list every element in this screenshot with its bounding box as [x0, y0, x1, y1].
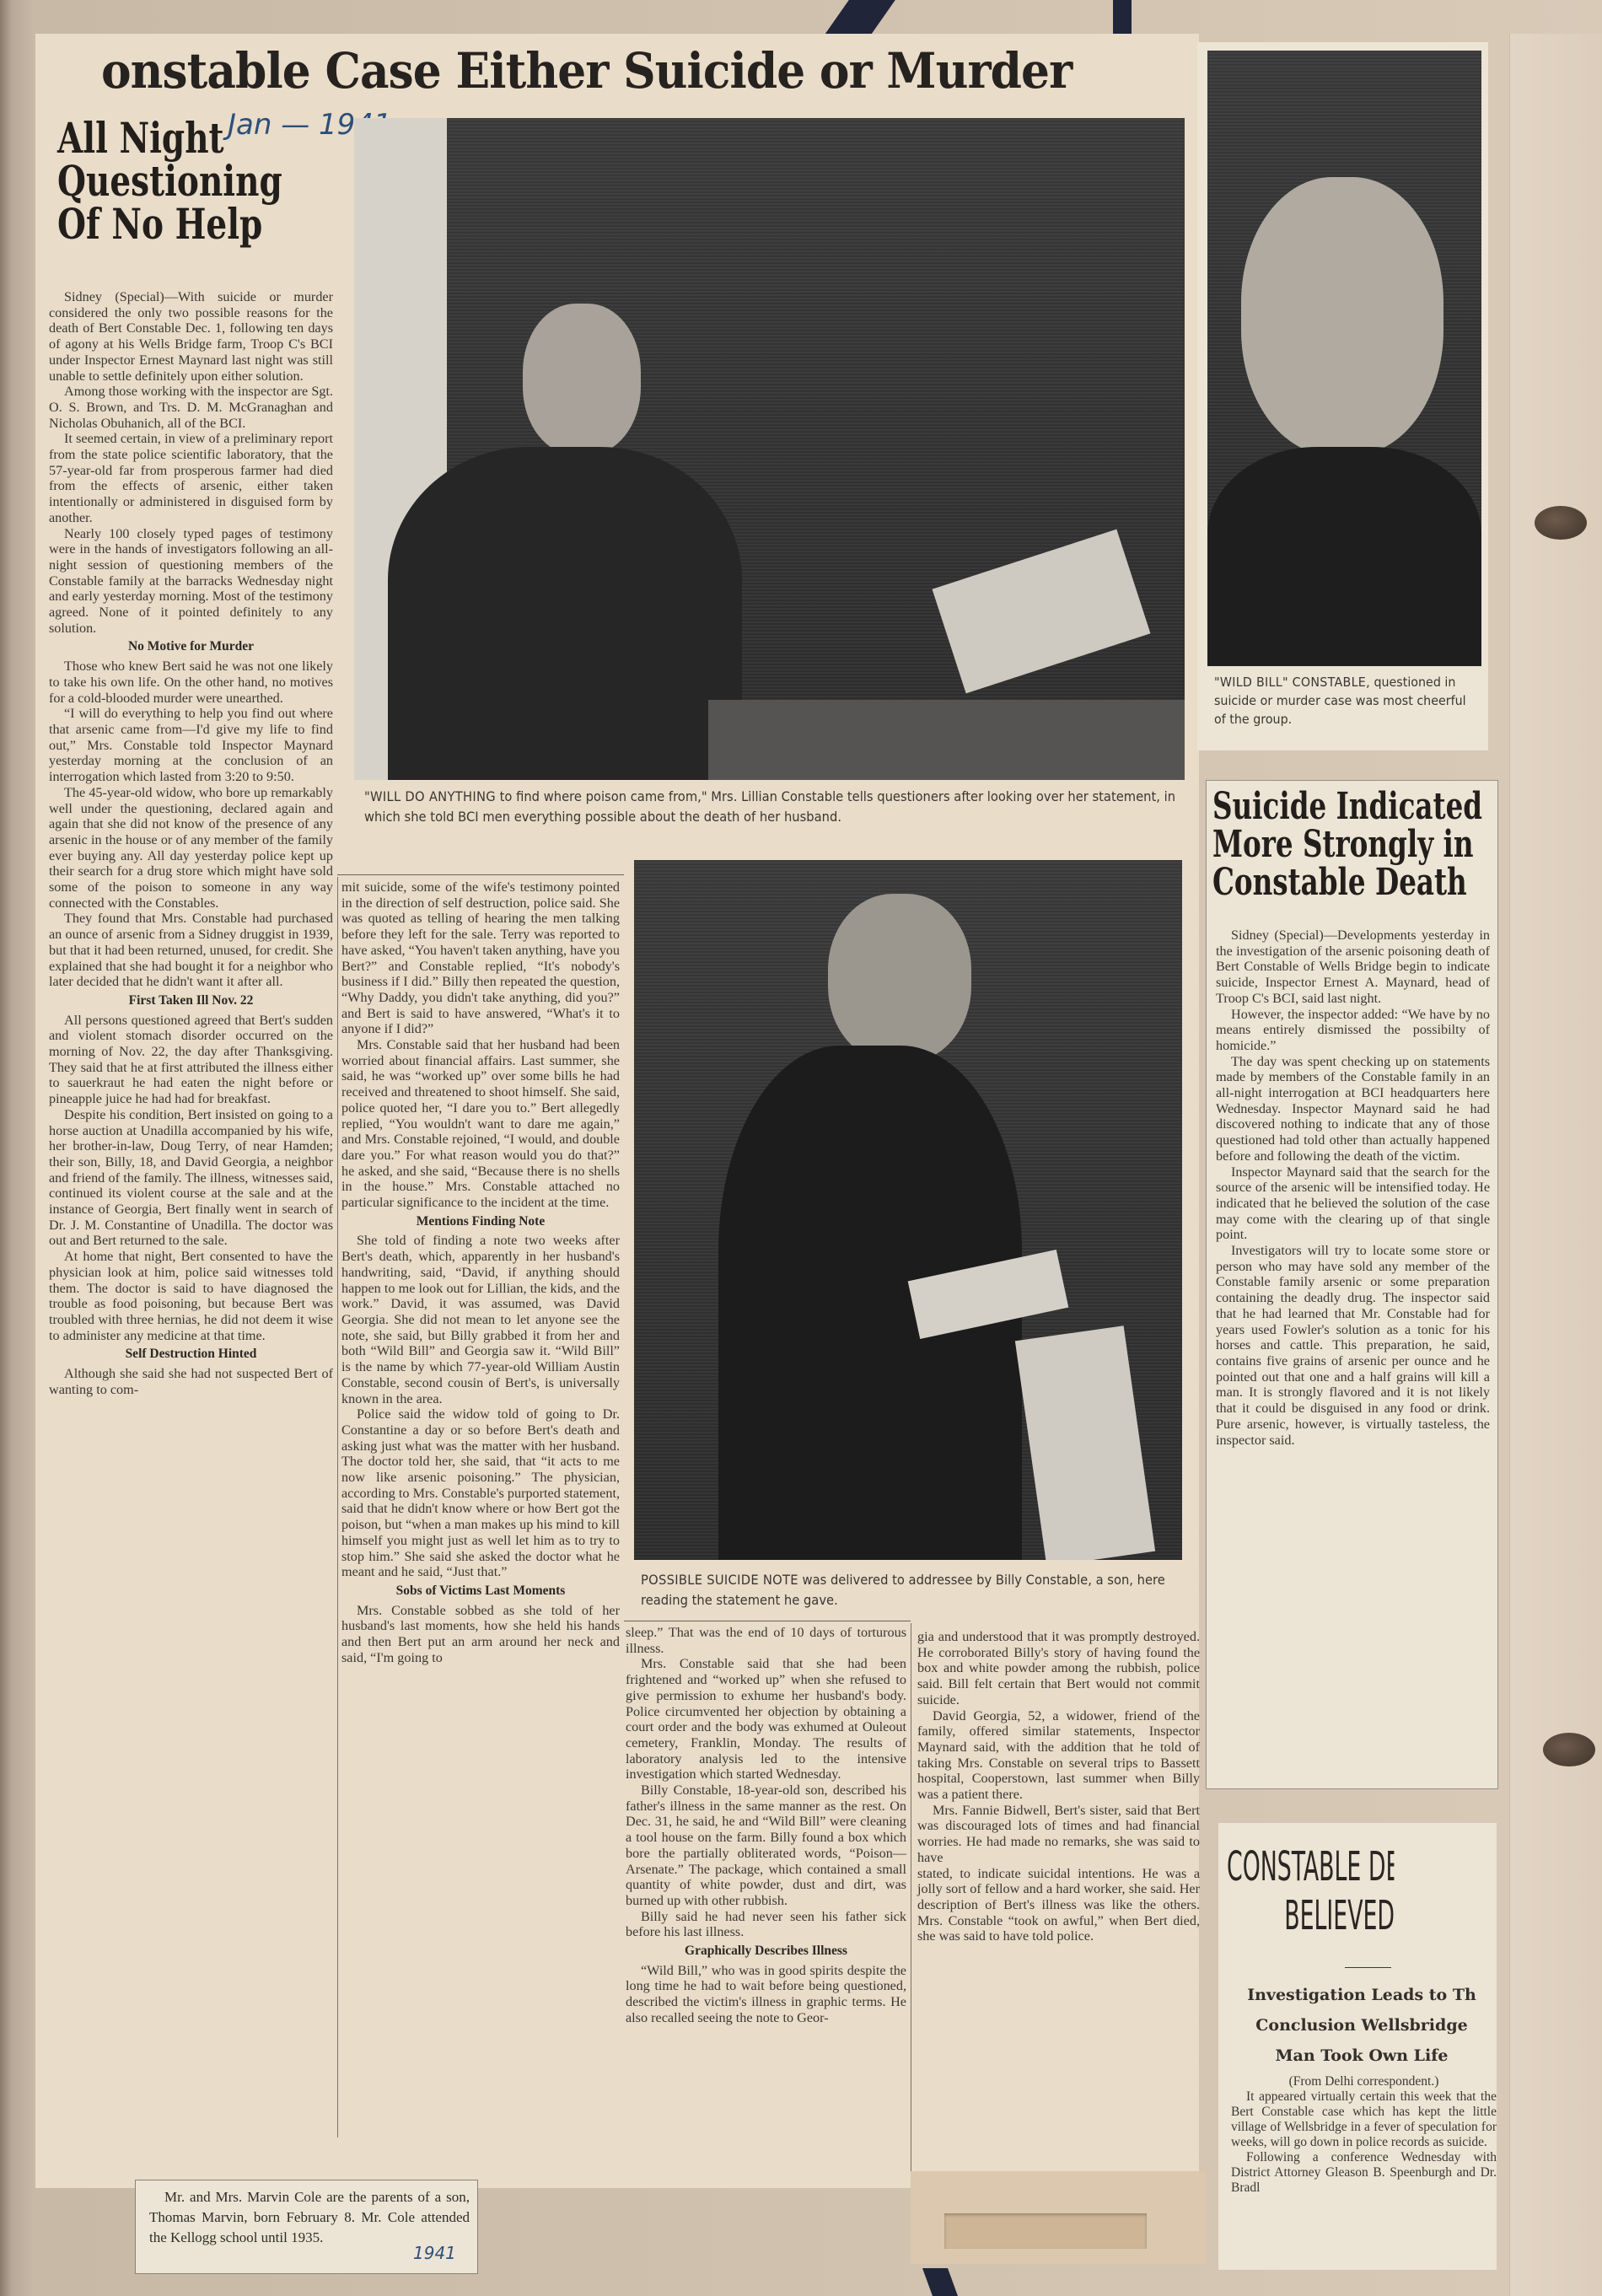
paragraph: Those who knew Bert said he was not one … — [49, 659, 333, 706]
believed-suicide-body: (From Delhi correspondent.) It appeared … — [1231, 2074, 1497, 2196]
caption-lead: "WILL DO ANYTHING — [364, 788, 496, 804]
paragraph: Police said the widow told of going to D… — [341, 1406, 620, 1580]
article-column-4: gia and understood that it was promptly … — [917, 1629, 1200, 1944]
paragraph: “Wild Bill,” who was in good spirits des… — [626, 1963, 906, 2026]
dateline: (From Delhi correspondent.) — [1231, 2074, 1497, 2089]
article-column-2: mit suicide, some of the wife's testimon… — [341, 879, 620, 1665]
caption-lead: "WILD BILL" CONSTABLE, — [1214, 675, 1370, 690]
column-rule — [337, 877, 338, 2137]
paragraph: Mrs. Fannie Bidwell, Bert's sister, said… — [917, 1803, 1200, 1866]
subhead-no-motive: No Motive for Murder — [49, 639, 333, 655]
paragraph: Nearly 100 closely typed pages of testim… — [49, 526, 333, 637]
paragraph: However, the inspector added: “We have b… — [1216, 1007, 1490, 1054]
paragraph: She told of finding a note two weeks aft… — [341, 1233, 620, 1406]
paragraph: It seemed certain, in view of a prelimin… — [49, 431, 333, 525]
photo-son-caption: POSSIBLE SUICIDE NOTE was delivered to a… — [641, 1570, 1184, 1610]
paragraph: Mrs. Constable said that she had been fr… — [626, 1656, 906, 1782]
subhead-finding-note: Mentions Finding Note — [341, 1214, 620, 1230]
left-headline-line-2: Questioning — [57, 159, 282, 202]
paragraph: It appeared virtually certain this week … — [1231, 2089, 1497, 2150]
photo-table — [708, 700, 1185, 780]
headline-divider — [1345, 1967, 1391, 1968]
paragraph: Billy Constable, 18-year-old son, descri… — [626, 1782, 906, 1909]
photo-coat-man — [1207, 447, 1481, 666]
photo-widow-caption: "WILL DO ANYTHING to find where poison c… — [364, 787, 1179, 827]
photo-face-woman — [523, 304, 641, 455]
paragraph: All persons questioned agreed that Bert'… — [49, 1013, 333, 1107]
paragraph: Sidney (Special)—With suicide or murder … — [49, 289, 333, 384]
paragraph: Following a conference Wednesday with Di… — [1231, 2150, 1497, 2196]
believed-suicide-headline: CONSTABLE DEATH BELIEVED SUICID — [1227, 1842, 1394, 1940]
banner-headline: onstable Case Either Suicide or Murder — [101, 42, 1102, 110]
photo-wildbill-caption: "WILD BILL" CONSTABLE, questioned in sui… — [1214, 673, 1478, 729]
suicide-indicated-body: Sidney (Special)—Developments yesterday … — [1216, 928, 1490, 1448]
deck-line: Conclusion Wellsbridge — [1227, 2010, 1497, 2041]
paragraph: Inspector Maynard said that the search f… — [1216, 1164, 1490, 1244]
photo-billy-constable — [634, 860, 1182, 1560]
photo-face-man — [1241, 177, 1443, 455]
paragraph: Mrs. Constable said that her husband had… — [341, 1037, 620, 1211]
page-edge-binding — [1509, 34, 1602, 2296]
paragraph: Investigators will try to locate some st… — [1216, 1243, 1490, 1448]
paragraph: Despite his condition, Bert insisted on … — [49, 1107, 333, 1249]
paragraph: Among those working with the inspector a… — [49, 384, 333, 431]
paragraph: Mrs. Constable sobbed as she told of her… — [341, 1603, 620, 1666]
paragraph: Sidney (Special)—Developments yesterday … — [1216, 928, 1490, 1007]
paragraph: stated, to indicate suicidal intentions.… — [917, 1866, 1200, 1945]
photo-face-son — [828, 894, 971, 1062]
deck-line: Man Took Own Life — [1227, 2041, 1497, 2071]
column-top-rule — [624, 1621, 911, 1621]
paragraph: At home that night, Bert consented to ha… — [49, 1249, 333, 1343]
paragraph: Billy said he had never seen his father … — [626, 1909, 906, 1940]
subhead-self-destruction: Self Destruction Hinted — [49, 1347, 333, 1363]
paragraph: The day was spent checking up on stateme… — [1216, 1054, 1490, 1164]
headline-line: More Strongly in — [1212, 826, 1482, 864]
photo-wild-bill-constable — [1207, 51, 1481, 666]
photo-dress-woman — [388, 447, 742, 780]
paragraph: mit suicide, some of the wife's testimon… — [341, 879, 620, 1037]
headline-line: Suicide Indicated — [1212, 788, 1482, 826]
punch-hole-bottom — [1543, 1733, 1595, 1766]
headline-line: Constable Death — [1212, 864, 1482, 902]
column-rule — [911, 1623, 911, 2247]
handwritten-year: 1941 — [413, 2243, 456, 2263]
subhead-first-ill: First Taken Ill Nov. 22 — [49, 993, 333, 1009]
paragraph: They found that Mrs. Constable had purch… — [49, 911, 333, 990]
punch-hole-top — [1535, 506, 1587, 540]
headline-line: BELIEVED SUICID — [1227, 1891, 1394, 1940]
headline-line: CONSTABLE DEATH — [1227, 1842, 1394, 1891]
photo-statement-sheet — [1015, 1325, 1155, 1560]
paragraph: David Georgia, 52, a widower, friend of … — [917, 1708, 1200, 1803]
birth-notice-text: Mr. and Mrs. Marvin Cole are the parents… — [149, 2187, 470, 2248]
column-top-rule — [337, 874, 624, 875]
left-headline-line-3: Of No Help — [57, 202, 282, 245]
photo-statement-papers — [933, 530, 1151, 694]
paragraph: gia and understood that it was promptly … — [917, 1629, 1200, 1708]
caption-lead: POSSIBLE SUICIDE NOTE — [641, 1572, 798, 1588]
photo-lillian-constable — [354, 118, 1185, 780]
paragraph: sleep.” That was the end of 10 days of t… — [626, 1625, 906, 1656]
paragraph: “I will do everything to help you find o… — [49, 706, 333, 785]
paragraph: Mr. and Mrs. Marvin Cole are the parents… — [149, 2187, 470, 2248]
deck-line: Investigation Leads to Th — [1227, 1980, 1497, 2010]
paragraph: The 45-year-old widow, who bore up remar… — [49, 785, 333, 911]
believed-suicide-deck: Investigation Leads to Th Conclusion Wel… — [1227, 1980, 1497, 2071]
suicide-indicated-headline: Suicide Indicated More Strongly in Const… — [1212, 788, 1482, 902]
subhead-graphically: Graphically Describes Illness — [626, 1944, 906, 1960]
subhead-sobs: Sobs of Victims Last Moments — [341, 1584, 620, 1600]
paper-tab-slot — [944, 2213, 1147, 2249]
article-column-3: sleep.” That was the end of 10 days of t… — [626, 1625, 906, 2026]
article-column-1: Sidney (Special)—With suicide or murder … — [49, 289, 333, 1398]
paragraph: Although she said she had not suspected … — [49, 1366, 333, 1397]
